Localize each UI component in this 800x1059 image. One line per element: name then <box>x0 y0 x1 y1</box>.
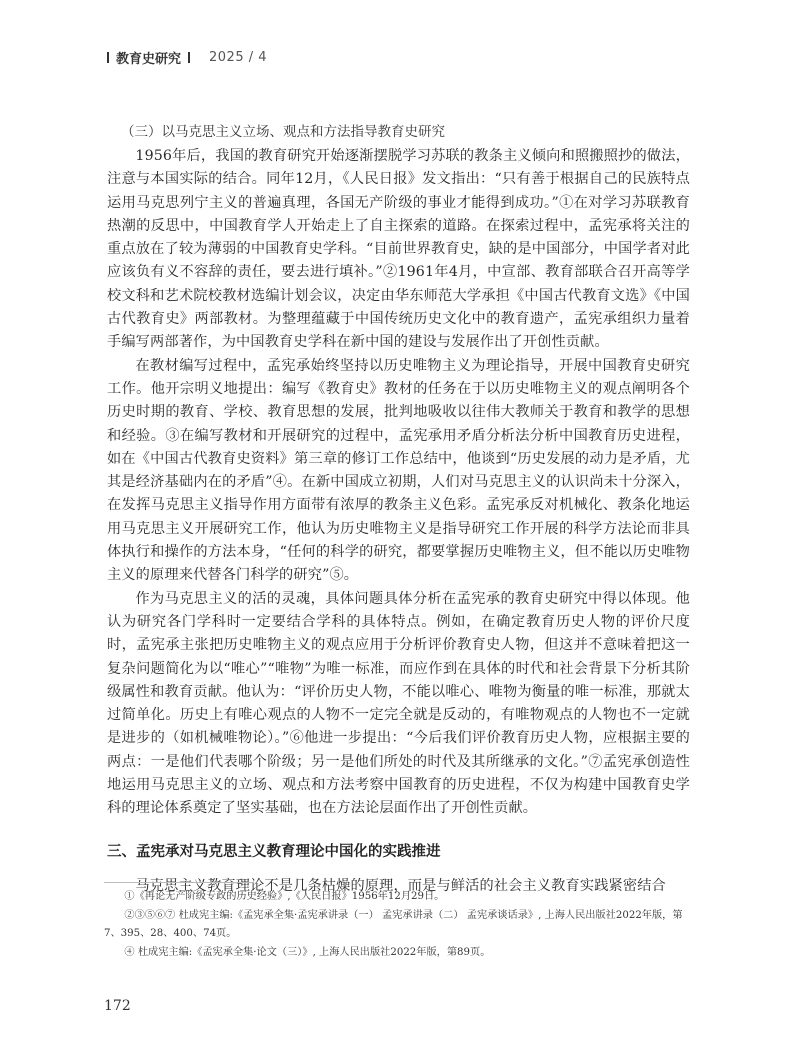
journal-title: 教育史研究 <box>116 48 181 67</box>
paragraph-3: 作为马克思主义的活的灵魂，具体问题具体分析在孟宪承的教育史研究中得以体现。他认为… <box>107 588 690 821</box>
running-header: 教育史研究 2025 / 4 <box>107 48 267 67</box>
issue-number: 2025 / 4 <box>209 50 267 65</box>
footnote-divider <box>104 882 254 883</box>
section-title: 三、孟宪承对马克思主义教育理论中国化的实践推进 <box>107 840 690 861</box>
footnote-2: ②③⑤⑥⑦ 杜成宪主编:《孟宪承全集·孟宪承讲录（一） 孟宪承讲录（二） 孟宪承… <box>104 907 694 944</box>
page-number: 172 <box>104 998 131 1014</box>
subsection-title: （三）以马克思主义立场、观点和方法指导教育史研究 <box>107 121 690 143</box>
header-bar-left <box>107 52 109 63</box>
footnote-3: ④ 杜成宪主编:《孟宪承全集·论文（三）》, 上海人民出版社2022年版，第89… <box>104 944 694 963</box>
paragraph-1: 1956年后，我国的教育研究开始逐渐摆脱学习苏联的教条主义倾向和照搬照抄的做法，… <box>107 145 690 355</box>
footnote-1: ①《再论无产阶级专政的历史经验》,《人民日报》1956年12月29日。 <box>104 888 694 907</box>
paragraph-2: 在教材编写过程中，孟宪承始终坚持以历史唯物主义为理论指导，开展中国教育史研究工作… <box>107 355 690 588</box>
article-body: （三）以马克思主义立场、观点和方法指导教育史研究 1956年后，我国的教育研究开… <box>107 121 690 898</box>
header-bar-right <box>188 52 190 63</box>
footnotes: ①《再论无产阶级专政的历史经验》,《人民日报》1956年12月29日。 ②③⑤⑥… <box>104 888 694 962</box>
